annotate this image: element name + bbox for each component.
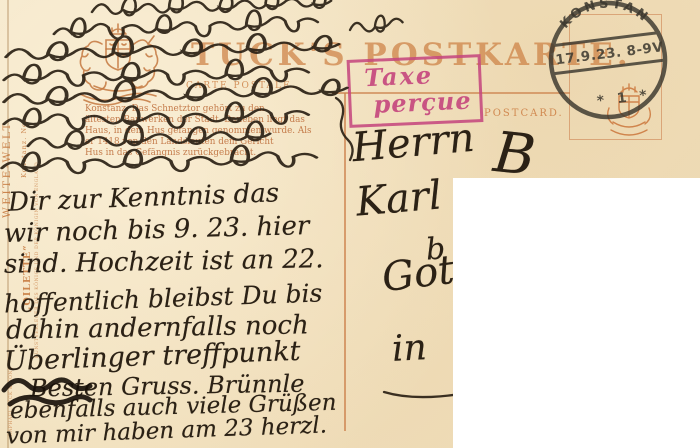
censor-white-box bbox=[453, 178, 700, 448]
city-number-vertical-label: Konstanz. No. bbox=[20, 92, 28, 178]
address-divider-line bbox=[344, 93, 346, 431]
postcard-scan: TUCK'S POSTKARTE. CARTE POSTALE. POSTCAR… bbox=[0, 0, 700, 448]
handwriting-line: Dir zur Kenntnis das bbox=[8, 178, 280, 217]
printed-caption: Konstanz: Das Schnetztor gehört zu den ä… bbox=[85, 104, 353, 159]
royal-coat-of-arms-icon bbox=[68, 20, 168, 110]
scrawl-line bbox=[92, 0, 332, 16]
address-line-name: Karl bbox=[354, 172, 443, 225]
address-fragment: in bbox=[391, 327, 428, 370]
caption-line: er 1418 von den Landsleuten dem Gericht bbox=[85, 137, 353, 148]
taxe-line2: perçue bbox=[373, 86, 472, 119]
caption-line: Hus in das Gefängnis zurückgebracht. bbox=[85, 148, 353, 159]
caption-line: ältesten Bauwerken der Stadt. Daneben li… bbox=[85, 115, 353, 126]
underline-flourish bbox=[384, 392, 460, 397]
caption-line: Haus, in dem Hus gefangen genommen wurde… bbox=[85, 126, 353, 137]
konstanz-postmark: KONSTANZ 17.9.23. 8-9V * 1 * bbox=[538, 0, 683, 135]
handwriting-line: sind. Hochzeit ist an 22. bbox=[4, 244, 324, 280]
scrawl-fragment bbox=[349, 14, 403, 33]
carte-postale-label: CARTE POSTALE. bbox=[186, 81, 296, 91]
address-line-herrn: Herrn bbox=[350, 115, 476, 172]
handwriting-line: wir noch bis 9. 23. hier bbox=[4, 211, 310, 249]
